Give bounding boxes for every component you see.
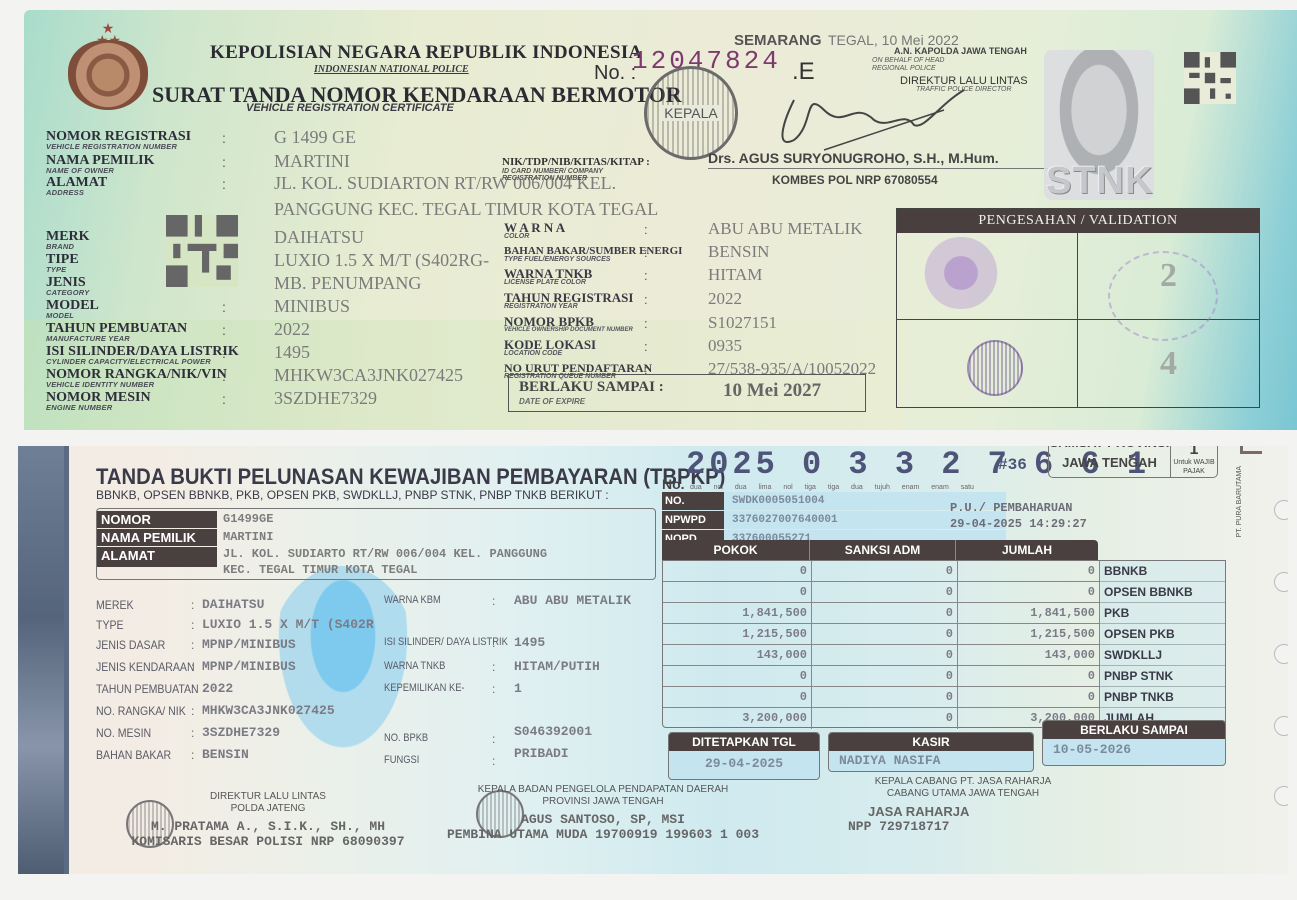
colon: : — [222, 391, 226, 407]
field-sublabel: CYLINDER CAPACITY/ELECTRICAL POWER — [46, 357, 211, 366]
field-jenis-kendaraan: JENIS KENDARAAN:MPNP/MINIBUS — [96, 660, 396, 680]
tax-cell-jumlah: 0 — [957, 561, 1099, 582]
tax-cell-sanksi: 0 — [811, 624, 957, 645]
berlaku-value: 10-05-2026 — [1043, 739, 1225, 762]
receipt-number-words: dua nol dua lima nol tiga tiga dua tujuh… — [690, 484, 974, 491]
director-name: Drs. AGUS SURYONUGROHO, S.H., M.Hum. — [708, 150, 1048, 169]
field-sublabel: BRAND — [46, 242, 74, 251]
validation-cell-4: 4 — [1078, 320, 1259, 407]
colon: : — [222, 299, 226, 315]
tax-cell-jumlah: 0 — [957, 666, 1099, 687]
tax-cell-jumlah: 1,841,500 — [957, 603, 1099, 624]
colon: : — [492, 754, 495, 768]
tax-item-name: SWDKLLJ — [1099, 645, 1225, 666]
owner-label: NAMA PEMILIK — [97, 529, 217, 546]
field-value: PANGGUNG KEC. TEGAL TIMUR KOTA TEGAL — [274, 199, 658, 220]
tax-cell-pokok: 0 — [663, 666, 811, 687]
field-label: JENIS KENDARAAN — [96, 660, 195, 674]
field-warna-kbm: WARNA KBM:ABU ABU METALIK — [384, 594, 684, 614]
samsat-name: SAMSAT PROVINSI JAWA TENGAH — [1049, 446, 1171, 477]
signer-title: KEPALA CABANG PT. JASA RAHARJA — [798, 776, 1128, 788]
colon: : — [644, 292, 648, 307]
signer-title: KEPALA BADAN PENGELOLA PENDAPATAN DAERAH — [438, 784, 768, 796]
field-alamat-line2: PANGGUNG KEC. TEGAL TIMUR KOTA TEGAL — [46, 202, 526, 226]
colon: : — [644, 245, 648, 260]
tax-item-name: OPSEN PKB — [1099, 624, 1225, 645]
field-value: 3SZDHE7329 — [274, 388, 377, 409]
field-sublabel: TYPE — [46, 265, 66, 274]
tax-cell-sanksi: 0 — [811, 582, 957, 603]
field-sublabel: VEHICLE REGISTRATION NUMBER — [46, 142, 177, 151]
kasir-value: NADIYA NASIFA — [829, 751, 1033, 772]
field-type: TYPE:LUXIO 1.5 X M/T (S402R — [96, 618, 396, 638]
tax-cell-jumlah: 0 — [957, 582, 1099, 603]
field-value: 2022 — [202, 681, 233, 696]
field-value: 2022 — [708, 289, 742, 309]
stnk-card: ★★★ KEPOLISIAN NEGARA REPUBLIK INDONESIA… — [24, 10, 1297, 430]
signer-title2: PROVINSI JAWA TENGAH — [438, 796, 768, 808]
perforation — [1268, 446, 1288, 874]
signature-block-bapenda: KEPALA BADAN PENGELOLA PENDAPATAN DAERAH… — [438, 784, 768, 842]
field-label: WARNA KBM — [384, 594, 441, 606]
field-value: LUXIO 1.5 X M/T (S402RG- — [274, 250, 489, 271]
field-label: NO. MESIN — [96, 726, 151, 740]
tax-row: 000BBNKB — [663, 561, 1225, 582]
stamp-icon — [967, 340, 1023, 396]
tax-cell-jumlah: 0 — [957, 687, 1099, 708]
tax-item-name: OPSEN BBNKB — [1099, 582, 1225, 603]
stamp-icon — [919, 237, 1003, 309]
validation-cell-3 — [897, 320, 1078, 407]
tax-table-header: POKOK SANKSI ADM JUMLAH — [662, 540, 1098, 560]
owner-label: NOMOR REGISTRASI — [97, 511, 217, 528]
field-no-mesin: NO. MESIN:3SZDHE7329 — [96, 726, 396, 746]
field-value: MHKW3CA3JNK027425 — [202, 703, 335, 718]
colon: : — [492, 682, 495, 696]
colon: : — [222, 130, 226, 146]
tax-item-name: BBNKB — [1099, 561, 1225, 582]
serial-label: No. : — [594, 62, 636, 85]
validation-cell-1 — [897, 233, 1078, 320]
tax-row: 000PNBP TNKB — [663, 687, 1225, 708]
colon: : — [191, 726, 194, 740]
signer-name: AGUS SANTOSO, SP, MSI — [438, 812, 768, 827]
tax-item-name: PKB — [1099, 603, 1225, 624]
field-sublabel: ADDRESS — [46, 188, 84, 197]
field-value: MB. PENUMPANG — [274, 273, 421, 294]
agency-name: KEPOLISIAN NEGARA REPUBLIK INDONESIA — [210, 42, 643, 64]
tax-row: 1,841,50001,841,500PKB — [663, 603, 1225, 624]
owner-label: ALAMAT — [97, 547, 217, 567]
field-label: NO. RANGKA/ NIK — [96, 704, 186, 718]
berlaku-box: BERLAKU SAMPAI 10-05-2026 — [1042, 720, 1226, 766]
city-stamp: SEMARANG — [734, 32, 822, 49]
colon: : — [492, 636, 495, 650]
signer-rank: PEMBINA UTAMA MUDA 19700919 199603 1 003 — [438, 827, 768, 842]
field-value: 3SZDHE7329 — [202, 725, 280, 740]
signer-title2: POLDA JATENG — [128, 803, 408, 815]
field-sublabel: LOCATION CODE — [504, 350, 562, 357]
field-jenis-dasar: JENIS DASAR:MPNP/MINIBUS — [96, 638, 396, 658]
signer-title2: CABANG UTAMA JAWA TENGAH — [798, 788, 1128, 800]
field-nomor-bpkb: NOMOR BPKB VEHICLE OWNERSHIP DOCUMENT NU… — [504, 316, 924, 338]
field-value: DAIHATSU — [202, 597, 264, 612]
qr-code-icon — [1184, 52, 1236, 104]
tax-cell-pokok: 3,200,000 — [663, 708, 811, 729]
signer-rank: KOMISARIS BESAR POLISI NRP 68090397 — [128, 834, 408, 849]
kasir-box: KASIR NADIYA NASIFA — [828, 732, 1034, 772]
tax-table-body: 000BBNKB000OPSEN BBNKB1,841,50001,841,50… — [662, 560, 1226, 728]
field-value: LUXIO 1.5 X M/T (S402R — [202, 617, 374, 632]
process-timestamp: 29-04-2025 14:29:27 — [950, 516, 1087, 532]
field-sublabel: COLOR — [504, 233, 529, 240]
perforation-hole — [1274, 786, 1288, 806]
field-value: ABU ABU METALIK — [708, 219, 862, 239]
samsat-line2: JAWA TENGAH — [1049, 453, 1170, 473]
field-nomor-mesin: NOMOR MESIN ENGINE NUMBER : 3SZDHE7329 — [46, 391, 526, 415]
perforation-hole — [1274, 500, 1288, 520]
field-value: BENSIN — [708, 242, 769, 262]
colon: : — [191, 638, 194, 652]
field-sublabel: VEHICLE OWNERSHIP DOCUMENT NUMBER — [504, 327, 633, 333]
stnk-logo: STNK — [1046, 160, 1153, 203]
field-bahan-bakar: BAHAN BAKAR/SUMBER ENERGI TYPE FUEL/ENER… — [504, 245, 924, 267]
field-label: MEREK — [96, 598, 134, 612]
police-emblem-icon — [68, 40, 148, 110]
field-value: 1495 — [274, 342, 310, 363]
field-value: MPNP/MINIBUS — [202, 637, 296, 652]
owner-value: G1499GE — [223, 512, 273, 526]
field-value: 2022 — [274, 319, 310, 340]
field-value: 0935 — [708, 336, 742, 356]
field-kepemilikan: KEPEMILIKAN KE-:1 — [384, 682, 684, 702]
ditetapkan-value: 29-04-2025 — [669, 751, 819, 776]
field-sublabel: REGISTRATION YEAR — [504, 303, 578, 310]
tax-cell-sanksi: 0 — [811, 708, 957, 729]
tax-cell-sanksi: 0 — [811, 645, 957, 666]
colon: : — [222, 176, 226, 192]
kepala-stamp-icon: KEPALA — [644, 66, 738, 160]
samsat-line1: SAMSAT PROVINSI — [1049, 446, 1170, 453]
tax-row: 143,0000143,000SWDKLLJ — [663, 645, 1225, 666]
tax-cell-sanksi: 0 — [811, 687, 957, 708]
field-value: 1495 — [514, 635, 545, 650]
field-label: TYPE — [96, 618, 124, 632]
colon: : — [222, 368, 226, 384]
perforation-hole — [1274, 716, 1288, 736]
field-sublabel: MODEL — [46, 311, 74, 320]
tbpkp-card: TANDA BUKTI PELUNASAN KEWAJIBAN PEMBAYAR… — [18, 446, 1288, 874]
field-label: KEPEMILIKAN KE- — [384, 682, 465, 694]
signer-name: JASA RAHARJA — [798, 804, 1128, 819]
field-value: DAIHATSU — [274, 227, 364, 248]
field-warna-tnkb: WARNA TNKB LICENSE PLATE COLOR : HITAM — [504, 268, 924, 290]
field-kode-lokasi: KODE LOKASI LOCATION CODE : 0935 — [504, 339, 924, 361]
field-value: HITAM — [708, 265, 762, 285]
receipt-number-label: No. — [662, 476, 685, 492]
tax-table: POKOK SANKSI ADM JUMLAH 000BBNKB000OPSEN… — [662, 540, 1226, 730]
field-value: BENSIN — [202, 747, 249, 762]
ditetapkan-box: DITETAPKAN TGL 29-04-2025 — [668, 732, 820, 780]
tax-cell-sanksi: 0 — [811, 561, 957, 582]
tax-cell-jumlah: 1,215,500 — [957, 624, 1099, 645]
field-value: S1027151 — [708, 313, 777, 333]
colon: : — [644, 268, 648, 283]
colon: : — [222, 154, 226, 170]
field-value: G 1499 GE — [274, 127, 356, 148]
field-label: TAHUN PEMBUATAN — [96, 682, 199, 696]
signer-name: M. PRATAMA A., S.I.K., SH., MH — [128, 819, 408, 834]
validation-table: PENGESAHAN / VALIDATION 2 4 — [896, 208, 1260, 408]
nik-sublabel: ID CARD NUMBER/ COMPANY REGISTRATION NUM… — [502, 168, 652, 182]
signer-title: DIREKTUR LALU LINTAS — [128, 791, 408, 803]
colon: : — [191, 660, 194, 674]
tbpkp-subtitle: BBNKB, OPSEN BBNKB, PKB, OPSEN PKB, SWDK… — [96, 488, 609, 502]
field-label: NO. BPKB — [384, 732, 428, 744]
header-jumlah: JUMLAH — [956, 540, 1098, 560]
field-fungsi: FUNGSI:PRIBADI — [384, 754, 684, 774]
sheet-number: 1 — [1171, 446, 1217, 458]
validation-title: PENGESAHAN / VALIDATION — [897, 209, 1259, 233]
kasir-label: KASIR — [829, 733, 1033, 751]
signature-icon — [764, 70, 984, 160]
tax-row: 1,215,50001,215,500OPSEN PKB — [663, 624, 1225, 645]
field-sublabel: MANUFACTURE YEAR — [46, 334, 130, 343]
tax-item-name: PNBP TNKB — [1099, 687, 1225, 708]
receipt-number-suffix: #36 — [998, 456, 1027, 474]
colon: : — [644, 316, 648, 331]
tax-cell-pokok: 0 — [663, 561, 811, 582]
corner-bracket-icon — [1240, 446, 1262, 454]
tax-cell-jumlah: 143,000 — [957, 645, 1099, 666]
field-sublabel: TYPE FUEL/ENERGY SOURCES — [504, 256, 610, 263]
process-type: P.U./ PEMBAHARUAN — [950, 500, 1087, 516]
id-label: NO. TBPKP — [662, 492, 724, 510]
validation-number: 4 — [1160, 345, 1177, 383]
header-sanksi: SANKSI ADM — [810, 540, 956, 560]
tbpkp-title: TANDA BUKTI PELUNASAN KEWAJIBAN PEMBAYAR… — [96, 464, 725, 490]
tax-row: 000OPSEN BBNKB — [663, 582, 1225, 603]
director-nrp: KOMBES POL NRP 67080554 — [772, 173, 938, 187]
process-info: P.U./ PEMBAHARUAN 29-04-2025 14:29:27 — [950, 500, 1087, 532]
colon: : — [644, 339, 648, 354]
berlaku-label: BERLAKU SAMPAI — [1043, 721, 1225, 739]
perforation-hole — [1274, 644, 1288, 664]
field-label: BAHAN BAKAR — [96, 748, 171, 762]
field-value: PRIBADI — [514, 746, 569, 761]
document-title-en: VEHICLE REGISTRATION CERTIFICATE — [246, 102, 454, 114]
tax-item-name: PNBP STNK — [1099, 666, 1225, 687]
colon: : — [222, 322, 226, 338]
tax-cell-sanksi: 0 — [811, 603, 957, 624]
security-strip — [18, 446, 64, 874]
field-label: JENIS DASAR — [96, 638, 165, 652]
field-warna: W A R N A COLOR : ABU ABU METALIK — [504, 222, 924, 244]
tax-cell-pokok: 0 — [663, 687, 811, 708]
field-warna-tnkb: WARNA TNKB:HITAM/PUTIH — [384, 660, 684, 680]
owner-box: NOMOR REGISTRASI G1499GE NAMA PEMILIK MA… — [96, 508, 656, 580]
sheet-info: Lembar 1 Untuk WAJIB PAJAK — [1171, 446, 1217, 477]
field-value: 1 — [514, 681, 522, 696]
field-tahun-pembuatan: TAHUN PEMBUATAN:2022 — [96, 682, 396, 702]
owner-value: MARTINI — [223, 530, 273, 544]
tax-row: 000PNBP STNK — [663, 666, 1225, 687]
colon: : — [191, 748, 194, 762]
sheet-for: Untuk WAJIB PAJAK — [1173, 459, 1214, 475]
colon: : — [191, 682, 194, 696]
tax-cell-pokok: 1,841,500 — [663, 603, 811, 624]
field-label: ISI SILINDER/ DAYA LISTRIK — [384, 636, 508, 648]
tax-cell-pokok: 0 — [663, 582, 811, 603]
stamp-text: KEPALA — [661, 105, 720, 121]
owner-value: KEC. TEGAL TIMUR KOTA TEGAL — [223, 563, 417, 577]
signature-block-dirlantas: DIREKTUR LALU LINTAS POLDA JATENG M. PRA… — [128, 791, 408, 849]
on-behalf: A.N. KAPOLDA JAWA TENGAH — [894, 46, 1027, 56]
signer-rank: NPP 729718717 — [798, 819, 1128, 834]
expire-box: BERLAKU SAMPAI : DATE OF EXPIRE 10 Mei 2… — [508, 374, 866, 412]
field-no-rangka: NO. RANGKA/ NIK:MHKW3CA3JNK027425 — [96, 704, 396, 724]
colon: : — [492, 732, 495, 746]
validation-cell-2: 2 — [1078, 233, 1259, 320]
field-alamat: ALAMAT ADDRESS : JL. KOL. SUDIARTON RT/R… — [46, 176, 526, 200]
ditetapkan-label: DITETAPKAN TGL — [669, 733, 819, 751]
expire-sublabel: DATE OF EXPIRE — [519, 397, 585, 406]
nik-label: NIK/TDP/NIB/KITAS/KITAP : — [502, 156, 650, 168]
field-sublabel: NAME OF OWNER — [46, 166, 114, 175]
printer-name: PT. PURA BARUTAMA — [1236, 466, 1243, 537]
field-value: MINIBUS — [274, 296, 350, 317]
field-sublabel: CATEGORY — [46, 288, 89, 297]
tax-cell-sanksi: 0 — [811, 666, 957, 687]
owner-value: JL. KOL. SUDIARTO RT/RW 006/004 KEL. PAN… — [223, 547, 547, 561]
agency-name-en: INDONESIAN NATIONAL POLICE — [314, 64, 469, 75]
colon: : — [191, 618, 194, 632]
signature-block-jasa-raharja: KEPALA CABANG PT. JASA RAHARJA CABANG UT… — [798, 776, 1128, 834]
colon: : — [191, 704, 194, 718]
field-value: ABU ABU METALIK — [514, 593, 631, 608]
field-label: WARNA TNKB — [384, 660, 445, 672]
colon: : — [644, 222, 648, 237]
field-merek: MEREK:DAIHATSU — [96, 598, 396, 618]
field-bahan-bakar: BAHAN BAKAR:BENSIN — [96, 748, 396, 768]
field-tahun-registrasi: TAHUN REGISTRASI REGISTRATION YEAR : 202… — [504, 292, 924, 314]
header-pokok: POKOK — [662, 540, 810, 560]
field-isi-silinder: ISI SILINDER/ DAYA LISTRIK:1495 — [384, 636, 684, 656]
colon: : — [492, 660, 495, 674]
validation-number: 2 — [1160, 257, 1177, 295]
field-sublabel: ENGINE NUMBER — [46, 403, 112, 412]
field-label: FUNGSI — [384, 754, 419, 766]
field-value: S046392001 — [514, 724, 592, 739]
expire-label: BERLAKU SAMPAI : — [519, 379, 664, 396]
perforation-hole — [1274, 572, 1288, 592]
expire-value: 10 Mei 2027 — [723, 380, 821, 402]
colon: : — [222, 345, 226, 361]
field-value: MARTINI — [274, 151, 350, 172]
field-value: HITAM/PUTIH — [514, 659, 600, 674]
colon: : — [492, 594, 495, 608]
field-value: MHKW3CA3JNK027425 — [274, 365, 463, 386]
tax-cell-pokok: 1,215,500 — [663, 624, 811, 645]
colon: : — [191, 598, 194, 612]
field-sublabel: LICENSE PLATE COLOR — [504, 279, 586, 286]
field-sublabel: VEHICLE IDENTITY NUMBER — [46, 380, 154, 389]
samsat-box: SAMSAT PROVINSI JAWA TENGAH Lembar 1 Unt… — [1048, 446, 1218, 478]
id-label: NPWPD — [662, 511, 724, 529]
tax-cell-pokok: 143,000 — [663, 645, 811, 666]
field-value: MPNP/MINIBUS — [202, 659, 296, 674]
